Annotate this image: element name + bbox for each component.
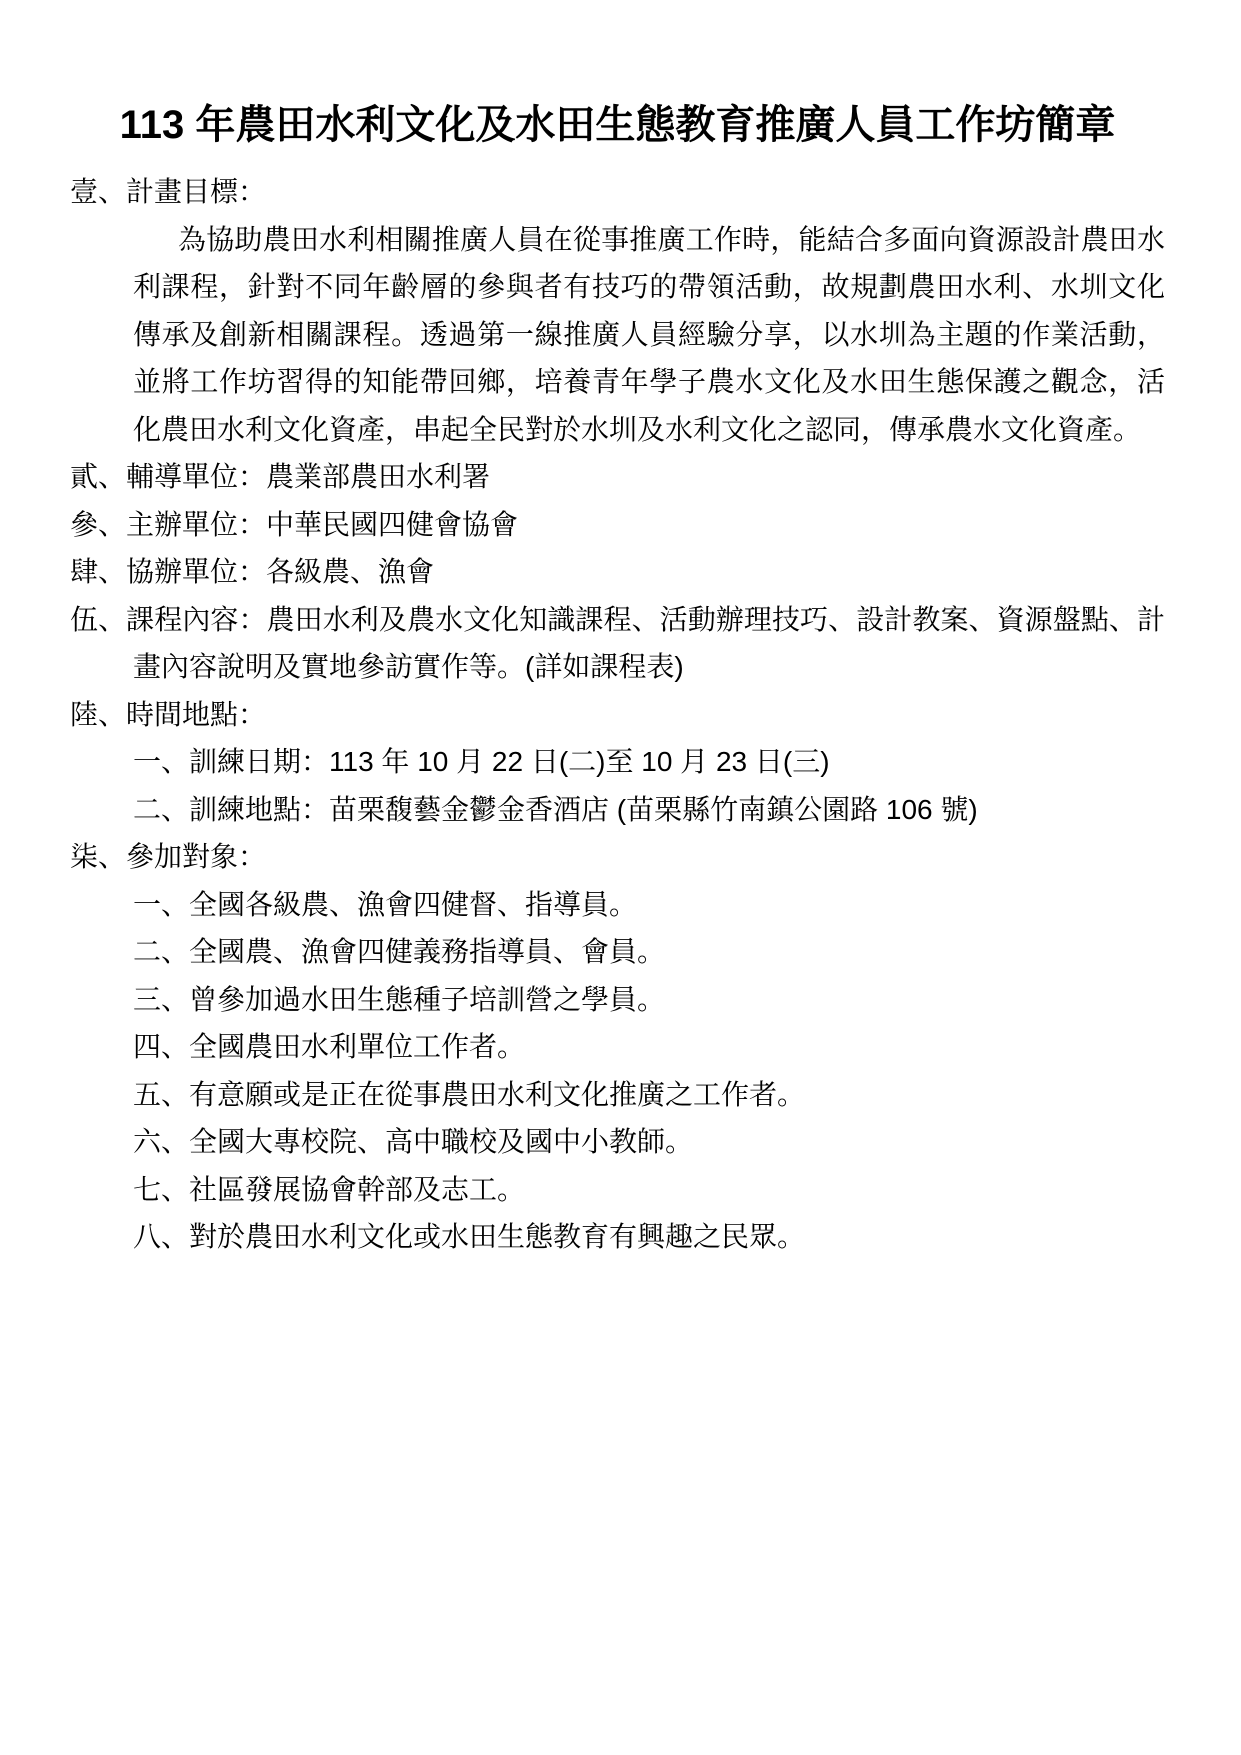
document-body: 壹、計畫目標： 為協助農田水利相關推廣人員在從事推廣工作時，能結合多面向資源設計…: [70, 168, 1165, 1261]
section-6-item-training-location: 二、訓練地點：苗栗馥藝金鬱金香酒店 (苗栗縣竹南鎮公園路 106 號): [133, 786, 1165, 834]
section-4-coorganizer-line: 肆、協辦單位：各級農、漁會: [70, 548, 1165, 596]
section-6-time-place-heading: 陸、時間地點：: [70, 691, 1165, 739]
section-5-course-content-line: 伍、課程內容：農田水利及農水文化知識課程、活動辦理技巧、設計教案、資源盤點、計畫…: [70, 596, 1165, 691]
section-1-heading: 壹、計畫目標：: [70, 168, 1165, 216]
section-7-item-6: 六、全國大專校院、高中職校及國中小教師。: [133, 1118, 1165, 1166]
document-page: 113 年農田水利文化及水田生態教育推廣人員工作坊簡章 壹、計畫目標： 為協助農…: [0, 0, 1241, 1755]
section-7-item-3: 三、曾參加過水田生態種子培訓營之學員。: [133, 976, 1165, 1024]
document-title: 113 年農田水利文化及水田生態教育推廣人員工作坊簡章: [70, 98, 1165, 152]
section-7-participants-heading: 柒、參加對象：: [70, 833, 1165, 881]
section-7-item-4: 四、全國農田水利單位工作者。: [133, 1023, 1165, 1071]
section-7-item-1: 一、全國各級農、漁會四健督、指導員。: [133, 881, 1165, 929]
section-7-item-5: 五、有意願或是正在從事農田水利文化推廣之工作者。: [133, 1071, 1165, 1119]
section-7-item-8: 八、對於農田水利文化或水田生態教育有興趣之民眾。: [133, 1213, 1165, 1261]
section-1-objective-paragraph: 為協助農田水利相關推廣人員在從事推廣工作時，能結合多面向資源設計農田水利課程，針…: [133, 216, 1165, 454]
section-2-advising-unit-line: 貳、輔導單位：農業部農田水利署: [70, 453, 1165, 501]
section-6-item-training-date: 一、訓練日期：113 年 10 月 22 日(二)至 10 月 23 日(三): [133, 738, 1165, 786]
section-7-item-7: 七、社區發展協會幹部及志工。: [133, 1166, 1165, 1214]
section-3-organizer-line: 參、主辦單位：中華民國四健會協會: [70, 501, 1165, 549]
section-7-item-2: 二、全國農、漁會四健義務指導員、會員。: [133, 928, 1165, 976]
